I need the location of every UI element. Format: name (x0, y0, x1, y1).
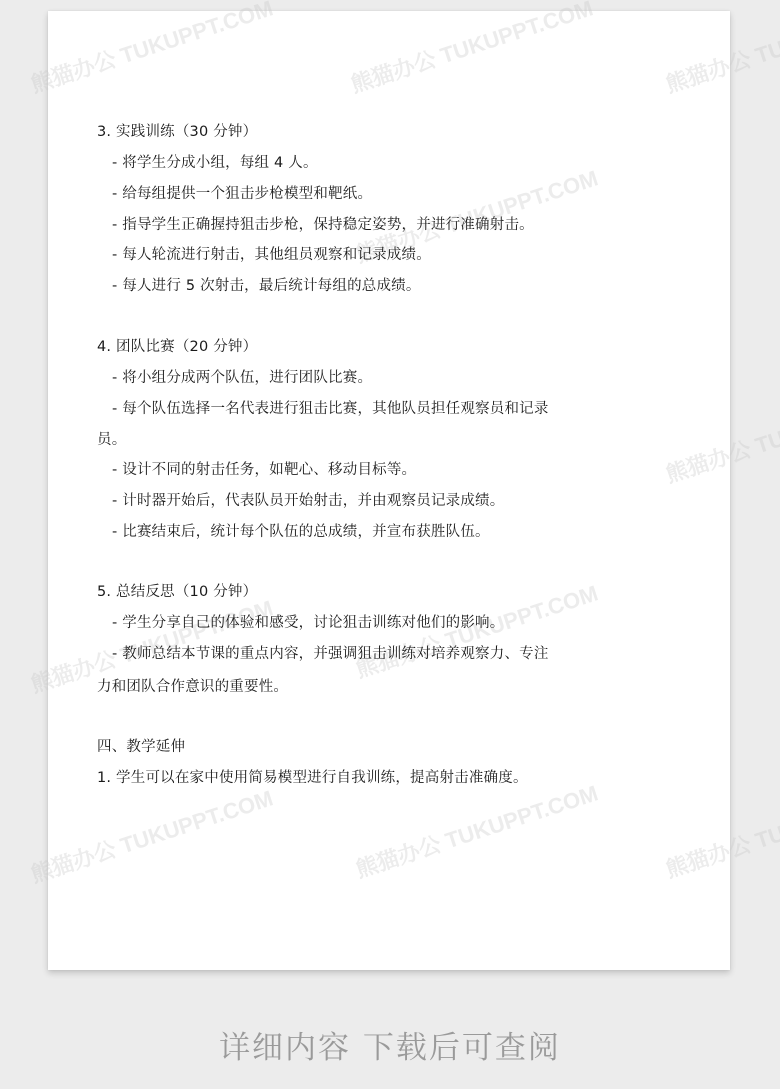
section-heading: 5. 总结反思（10 分钟） (97, 582, 257, 602)
list-item: - 将小组分成两个队伍，进行团队比赛。 (112, 368, 372, 388)
list-item: - 设计不同的射击任务，如靶心、移动目标等。 (112, 460, 416, 480)
list-item: - 给每组提供一个狙击步枪模型和靶纸。 (112, 184, 372, 204)
list-item: - 比赛结束后，统计每个队伍的总成绩，并宣布获胜队伍。 (112, 522, 490, 542)
list-item: - 教师总结本节课的重点内容，并强调狙击训练对培养观察力、专注 (112, 644, 549, 664)
list-item: - 每人进行 5 次射击，最后统计每组的总成绩。 (112, 276, 421, 296)
list-item: - 指导学生正确握持狙击步枪，保持稳定姿势，并进行准确射击。 (112, 215, 534, 235)
section-heading: 四、教学延伸 (97, 737, 185, 757)
list-item: - 学生分享自己的体验和感受，讨论狙击训练对他们的影响。 (112, 613, 504, 633)
list-item: - 每人轮流进行射击，其他组员观察和记录成绩。 (112, 245, 431, 265)
list-item-continuation: 力和团队合作意识的重要性。 (97, 677, 288, 697)
list-item: - 将学生分成小组，每组 4 人。 (112, 153, 318, 173)
section-heading: 3. 实践训练（30 分钟） (97, 122, 257, 142)
list-item: - 计时器开始后，代表队员开始射击，并由观察员记录成绩。 (112, 491, 504, 511)
list-item: 1. 学生可以在家中使用简易模型进行自我训练，提高射击准确度。 (97, 768, 528, 788)
section-heading: 4. 团队比赛（20 分钟） (97, 337, 257, 357)
download-hint-text: 详细内容 下载后可查阅 (0, 1022, 780, 1067)
list-item: - 每个队伍选择一名代表进行狙击比赛，其他队员担任观察员和记录 (112, 399, 549, 419)
list-item-continuation: 员。 (97, 430, 126, 450)
